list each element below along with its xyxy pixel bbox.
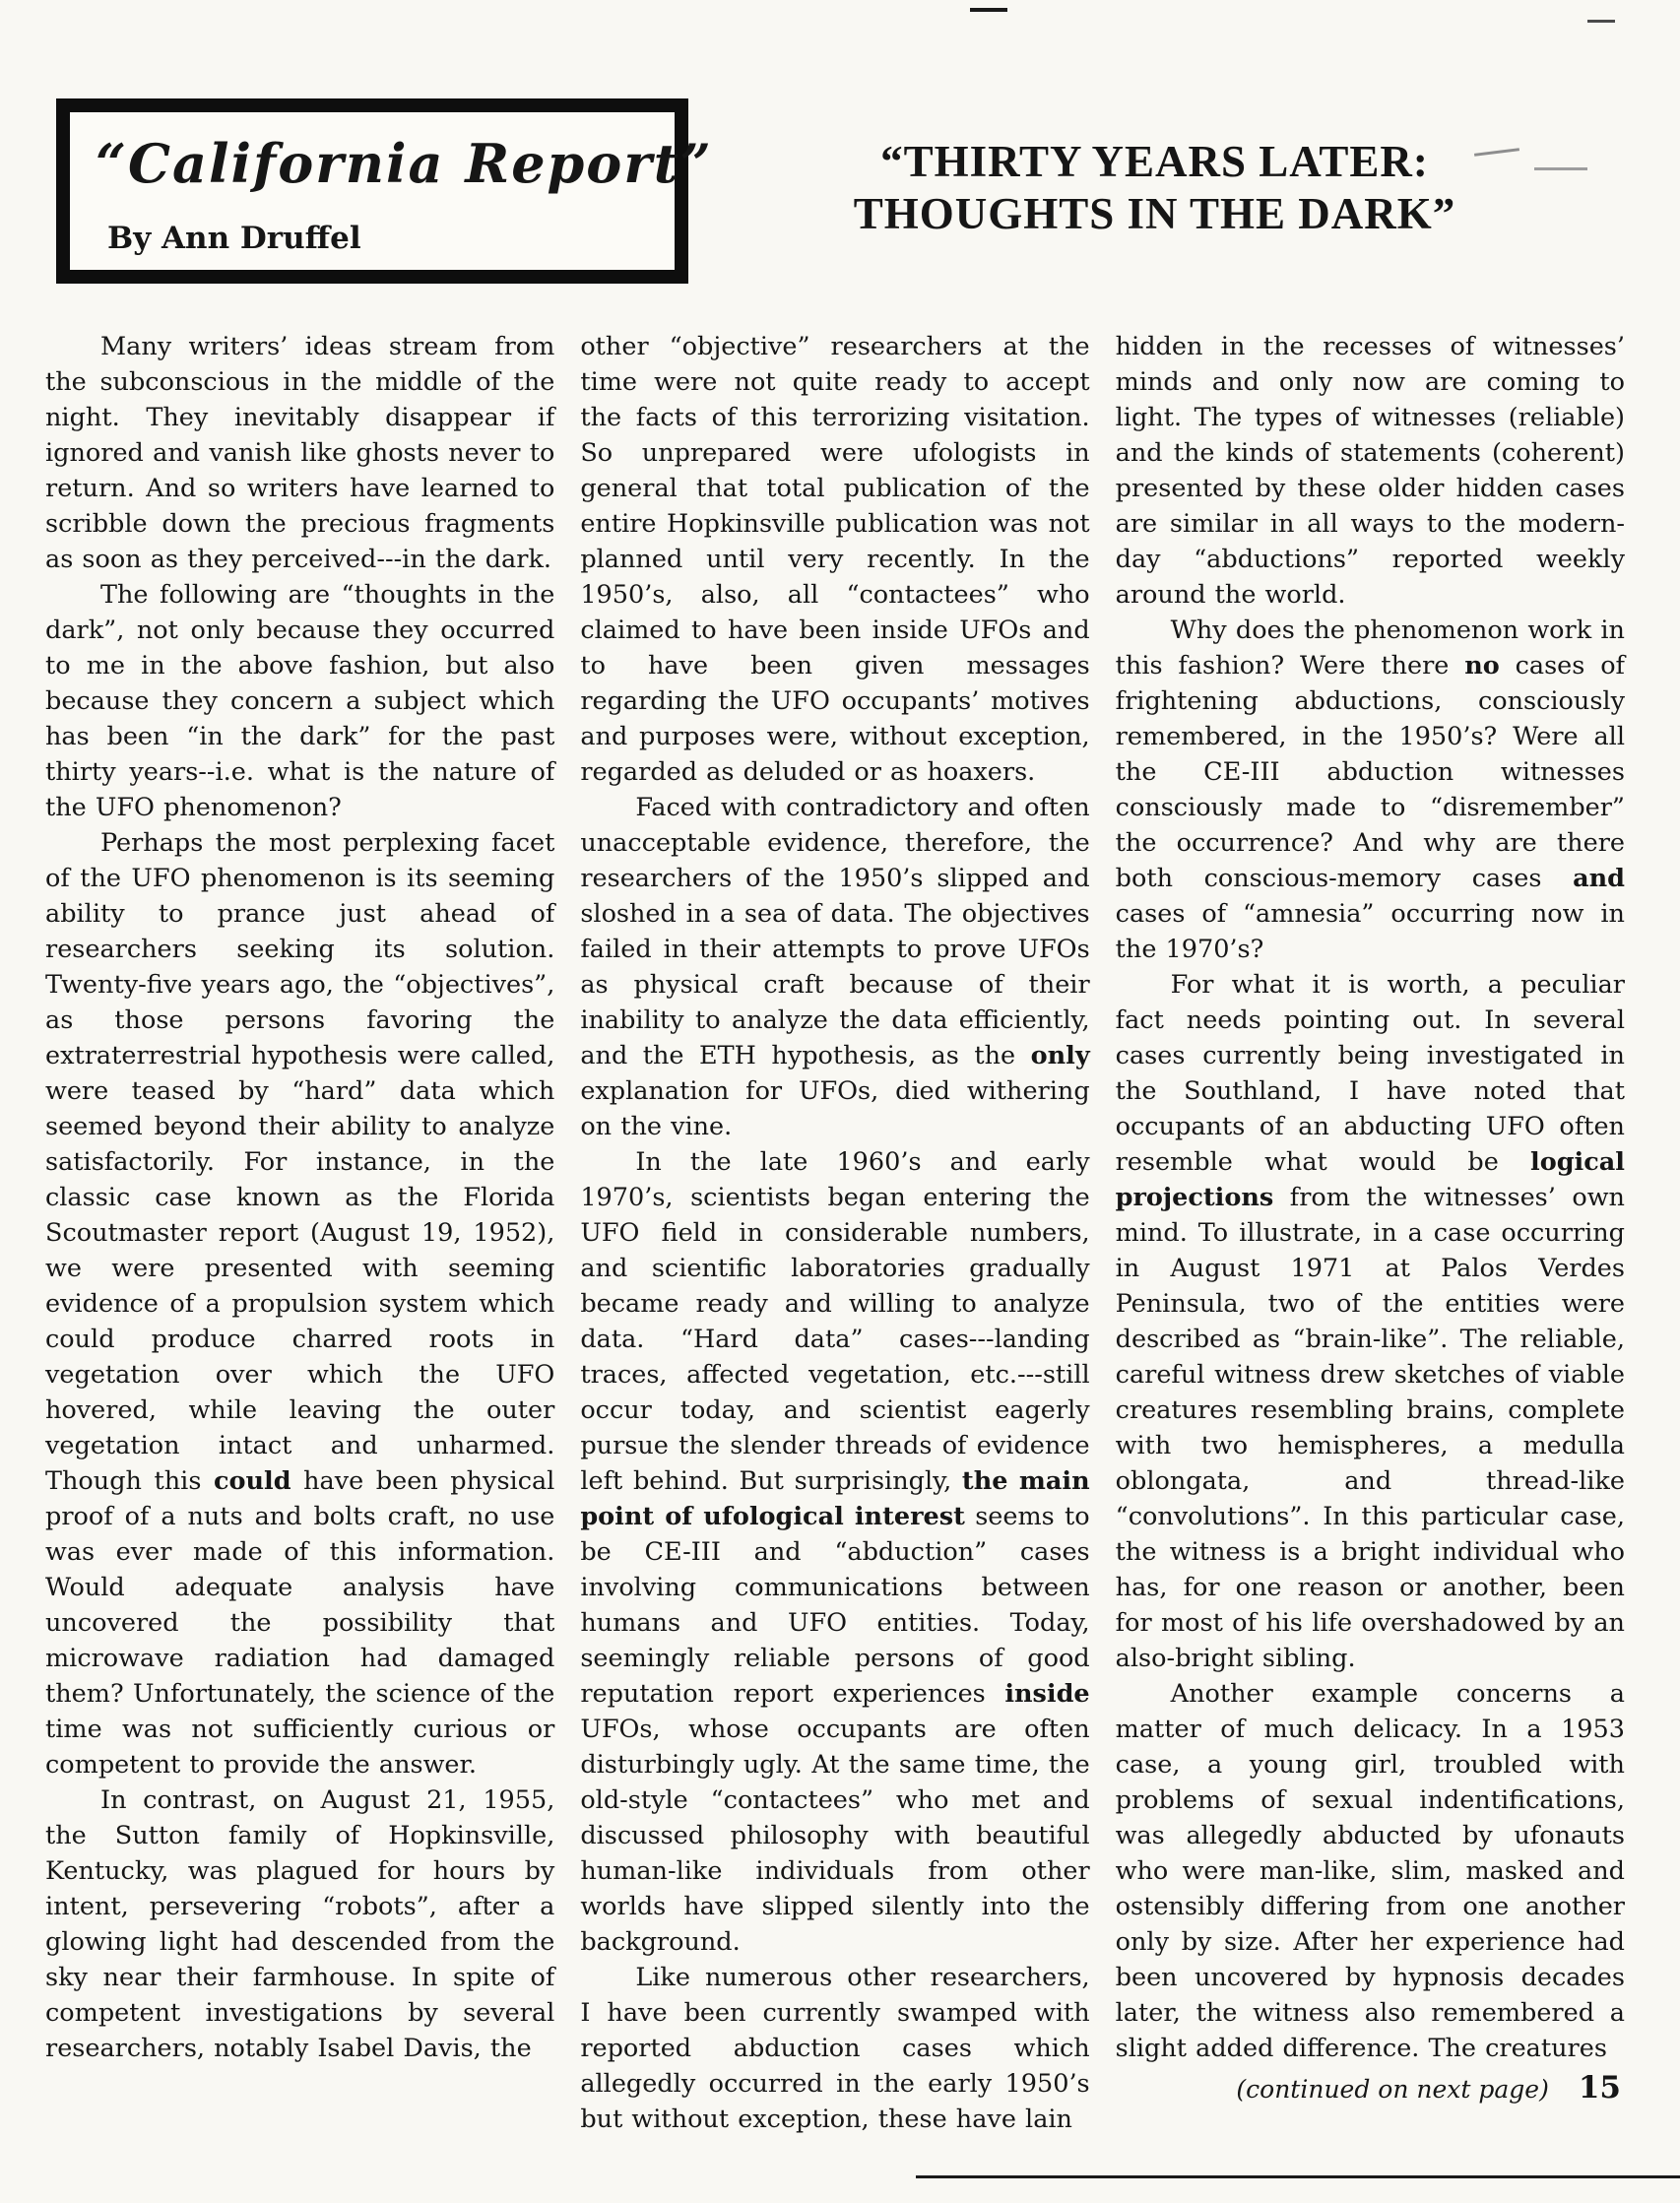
paragraph: For what it is worth, a peculiar fact ne… [1116,967,1625,1676]
paragraph: other “objective” researchers at the tim… [580,329,1089,790]
headline-line-2: THOUGHTS IN THE DARK” [688,188,1621,240]
paragraph: In the late 1960’s and early 1970’s, sci… [580,1144,1089,1960]
paragraph: Why does the phenomenon work in this fas… [1116,613,1625,967]
column-1-text: Many writers’ ideas stream from the subc… [45,329,554,2066]
scan-artifact [1587,20,1615,23]
paragraph: Many writers’ ideas stream from the subc… [45,329,554,577]
paragraph: The following are “thoughts in the dark”… [45,577,554,825]
page-header: “California Report” By Ann Druffel “THIR… [0,0,1680,284]
article-headline: “THIRTY YEARS LATER: THOUGHTS IN THE DAR… [688,136,1680,240]
scan-artifact [1534,167,1587,170]
masthead-title: “California Report” [70,112,675,195]
article-body: Many writers’ ideas stream from the subc… [45,329,1625,2137]
paragraph: In contrast, on August 21, 1955, the Sut… [45,1782,554,2066]
page: { "colors": { "ink": "#161616", "paper":… [0,0,1680,2203]
masthead-box: “California Report” By Ann Druffel [56,98,688,284]
paragraph: hidden in the recesses of witnesses’ min… [1116,329,1625,613]
paragraph: Faced with contradictory and often unacc… [580,790,1089,1144]
paragraph: Like numerous other researchers, I have … [580,1960,1089,2137]
headline-line-1: “THIRTY YEARS LATER: [688,136,1621,188]
byline: By Ann Druffel [70,221,675,256]
column-1: Many writers’ ideas stream from the subc… [45,329,554,2137]
column-2-text: other “objective” researchers at the tim… [580,329,1089,2137]
column-3-text: hidden in the recesses of witnesses’ min… [1116,329,1625,2066]
page-footer: (continued on next page) 15 [1116,2070,1625,2106]
scan-artifact [916,2175,1680,2178]
continued-note: (continued on next page) [1236,2075,1548,2104]
page-number: 15 [1579,2070,1621,2106]
column-3: hidden in the recesses of witnesses’ min… [1116,329,1625,2137]
scan-artifact [970,8,1007,12]
column-2: other “objective” researchers at the tim… [580,329,1089,2137]
paragraph: Another example concerns a matter of muc… [1116,1676,1625,2066]
paragraph: Perhaps the most perplexing facet of the… [45,825,554,1782]
